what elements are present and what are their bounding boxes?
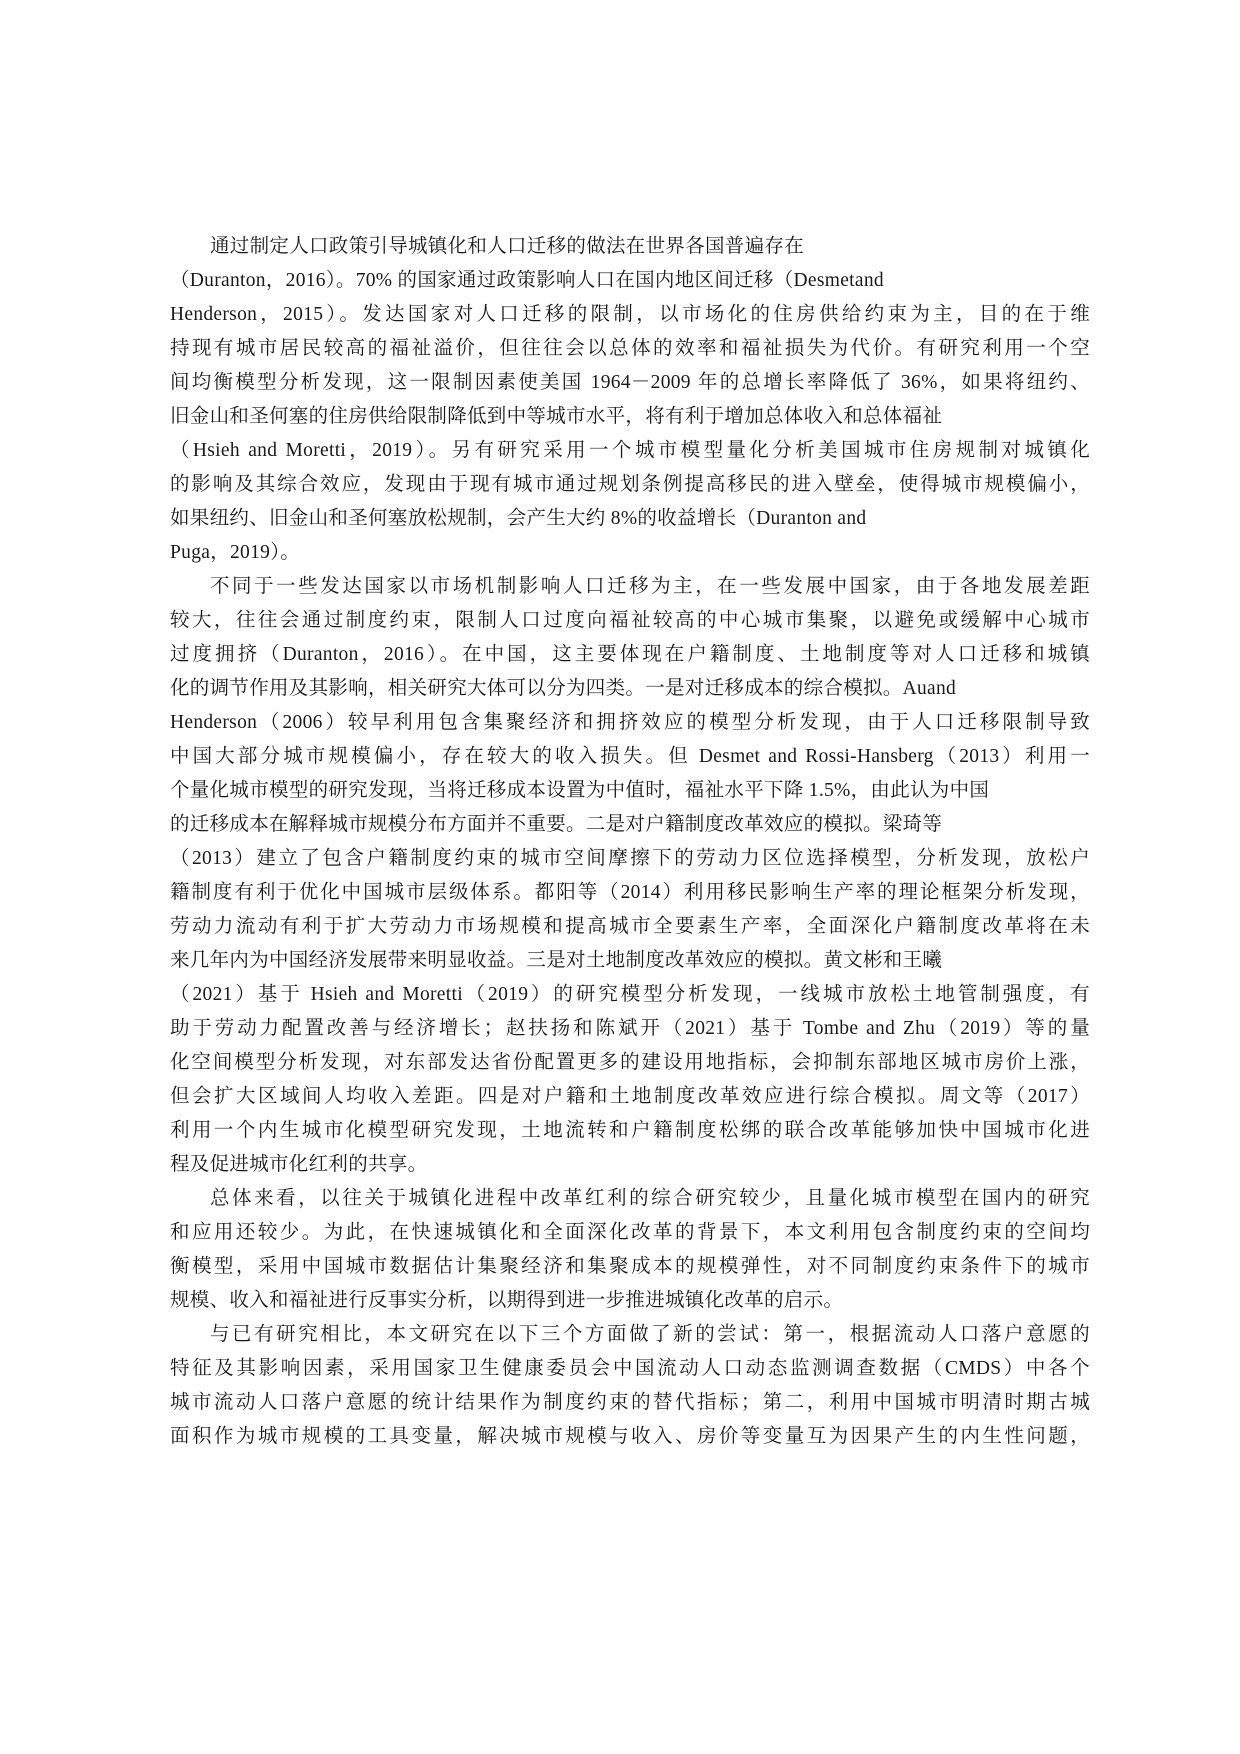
text-line: 总体来看，以往关于城镇化进程中改革红利的综合研究较少，且量化城市模型在国内的研究 [170,1182,1090,1216]
text-line: 程及促进城市化红利的共享。 [170,1148,1090,1182]
text-line: （Hsieh and Moretti，2019）。另有研究采用一个城市模型量化分… [170,434,1090,468]
text-line: 化空间模型分析发现，对东部发达省份配置更多的建设用地指标，会抑制东部地区城市房价… [170,1046,1090,1080]
text-line: 较大，往往会通过制度约束，限制人口过度向福祉较高的中心城市集聚，以避免或缓解中心… [170,604,1090,638]
text-line: 和应用还较少。为此，在快速城镇化和全面深化改革的背景下，本文利用包含制度约束的空… [170,1216,1090,1250]
text-line: 特征及其影响因素，采用国家卫生健康委员会中国流动人口动态监测调查数据（CMDS）… [170,1352,1090,1386]
text-line: 旧金山和圣何塞的住房供给限制降低到中等城市水平，将有利于增加总体收入和总体福祉 [170,400,1090,434]
paragraph: 与已有研究相比，本文研究在以下三个方面做了新的尝试：第一，根据流动人口落户意愿的… [170,1318,1090,1454]
paragraph: 通过制定人口政策引导城镇化和人口迁移的做法在世界各国普遍存在（Duranton，… [170,230,1090,570]
text-line: 通过制定人口政策引导城镇化和人口迁移的做法在世界各国普遍存在 [170,230,1090,264]
text-line: 中国大部分城市规模偏小，存在较大的收入损失。但 Desmet and Rossi… [170,740,1090,774]
text-line: 的迁移成本在解释城市规模分布方面并不重要。二是对户籍制度改革效应的模拟。梁琦等 [170,808,1090,842]
text-line: 来几年内为中国经济发展带来明显收益。三是对土地制度改革效应的模拟。黄文彬和王曦 [170,944,1090,978]
text-line: 面积作为城市规模的工具变量，解决城市规模与收入、房价等变量互为因果产生的内生性问… [170,1420,1090,1454]
text-line: 间均衡模型分析发现，这一限制因素使美国 1964－2009 年的总增长率降低了 … [170,366,1090,400]
text-line: 个量化城市模型的研究发现，当将迁移成本设置为中值时，福祉水平下降 1.5%，由此… [170,774,1090,808]
text-line: 规模、收入和福祉进行反事实分析，以期得到进一步推进城镇化改革的启示。 [170,1284,1090,1318]
text-line: 持现有城市居民较高的福祉溢价，但往往会以总体的效率和福祉损失为代价。有研究利用一… [170,332,1090,366]
text-line: 但会扩大区域间人均收入差距。四是对户籍和土地制度改革效应进行综合模拟。周文等（2… [170,1080,1090,1114]
text-line: 与已有研究相比，本文研究在以下三个方面做了新的尝试：第一，根据流动人口落户意愿的 [170,1318,1090,1352]
text-line: 助于劳动力配置改善与经济增长；赵扶扬和陈斌开（2021）基于 Tombe and… [170,1012,1090,1046]
text-line: （Duranton，2016）。70% 的国家通过政策影响人口在国内地区间迁移（… [170,264,1090,298]
paragraph: 不同于一些发达国家以市场机制影响人口迁移为主，在一些发展中国家，由于各地发展差距… [170,570,1090,1182]
text-line: 不同于一些发达国家以市场机制影响人口迁移为主，在一些发展中国家，由于各地发展差距 [170,570,1090,604]
text-line: 过度拥挤（Duranton，2016）。在中国，这主要体现在户籍制度、土地制度等… [170,638,1090,672]
text-line: 城市流动人口落户意愿的统计结果作为制度约束的替代指标；第二，利用中国城市明清时期… [170,1386,1090,1420]
text-line: Puga，2019）。 [170,536,1090,570]
paragraph: 总体来看，以往关于城镇化进程中改革红利的综合研究较少，且量化城市模型在国内的研究… [170,1182,1090,1318]
text-line: 劳动力流动有利于扩大劳动力市场规模和提高城市全要素生产率，全面深化户籍制度改革将… [170,910,1090,944]
text-line: 衡模型，采用中国城市数据估计集聚经济和集聚成本的规模弹性，对不同制度约束条件下的… [170,1250,1090,1284]
text-line: 籍制度有利于优化中国城市层级体系。都阳等（2014）利用移民影响生产率的理论框架… [170,876,1090,910]
document-page: 通过制定人口政策引导城镇化和人口迁移的做法在世界各国普遍存在（Duranton，… [170,230,1090,1454]
text-line: 化的调节作用及其影响，相关研究大体可以分为四类。一是对迁移成本的综合模拟。Aua… [170,672,1090,706]
text-line: Henderson（2006）较早利用包含集聚经济和拥挤效应的模型分析发现，由于… [170,706,1090,740]
text-line: （2021）基于 Hsieh and Moretti（2019）的研究模型分析发… [170,978,1090,1012]
text-line: 的影响及其综合效应，发现由于现有城市通过规划条例提高移民的进入壁垒，使得城市规模… [170,468,1090,502]
text-line: 利用一个内生城市化模型研究发现，土地流转和户籍制度松绑的联合改革能够加快中国城市… [170,1114,1090,1148]
text-line: （2013）建立了包含户籍制度约束的城市空间摩擦下的劳动力区位选择模型，分析发现… [170,842,1090,876]
text-line: 如果纽约、旧金山和圣何塞放松规制，会产生大约 8%的收益增长（Duranton … [170,502,1090,536]
text-line: Henderson，2015）。发达国家对人口迁移的限制，以市场化的住房供给约束… [170,298,1090,332]
